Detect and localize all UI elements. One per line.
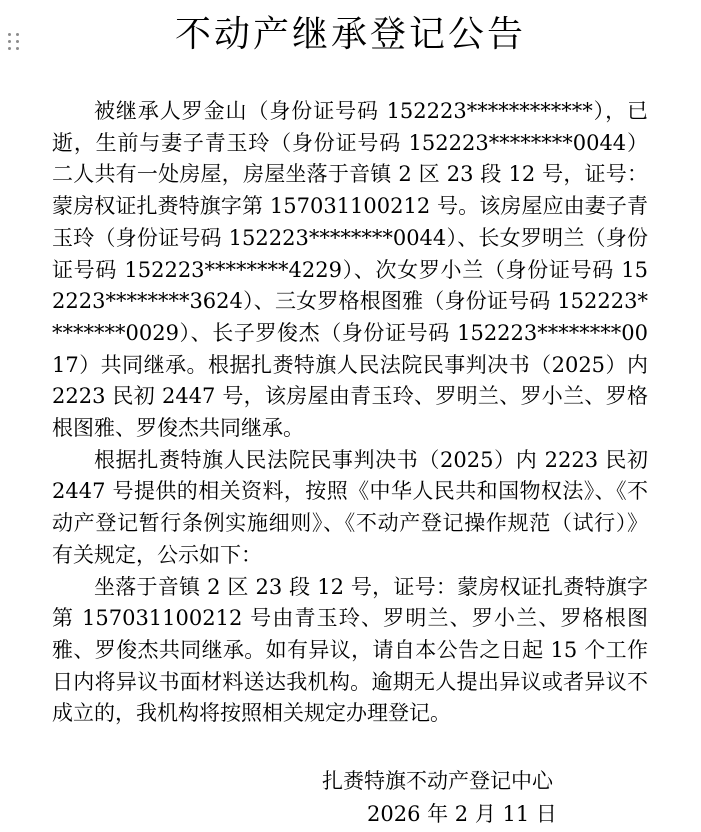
paragraph-3: 坐落于音镇 2 区 23 段 12 号，证号：蒙房权证扎赉特旗字第 157031…: [52, 572, 648, 731]
paragraph-1: 被继承人罗金山（身份证号码 152223************），已逝，生前与…: [52, 96, 648, 445]
signature-date: 2026 年 2 月 11 日: [367, 799, 557, 831]
page-title: 不动产继承登记公告: [0, 15, 701, 55]
signature-organization: 扎赉特旗不动产登记中心: [322, 766, 553, 798]
announcement-page: 不动产继承登记公告 被继承人罗金山（身份证号码 152223**********…: [0, 0, 701, 832]
paragraph-2: 根据扎赉特旗人民法院民事判决书（2025）内 2223 民初 2447 号提供的…: [52, 445, 648, 572]
document-body: 被继承人罗金山（身份证号码 152223************），已逝，生前与…: [52, 96, 648, 730]
